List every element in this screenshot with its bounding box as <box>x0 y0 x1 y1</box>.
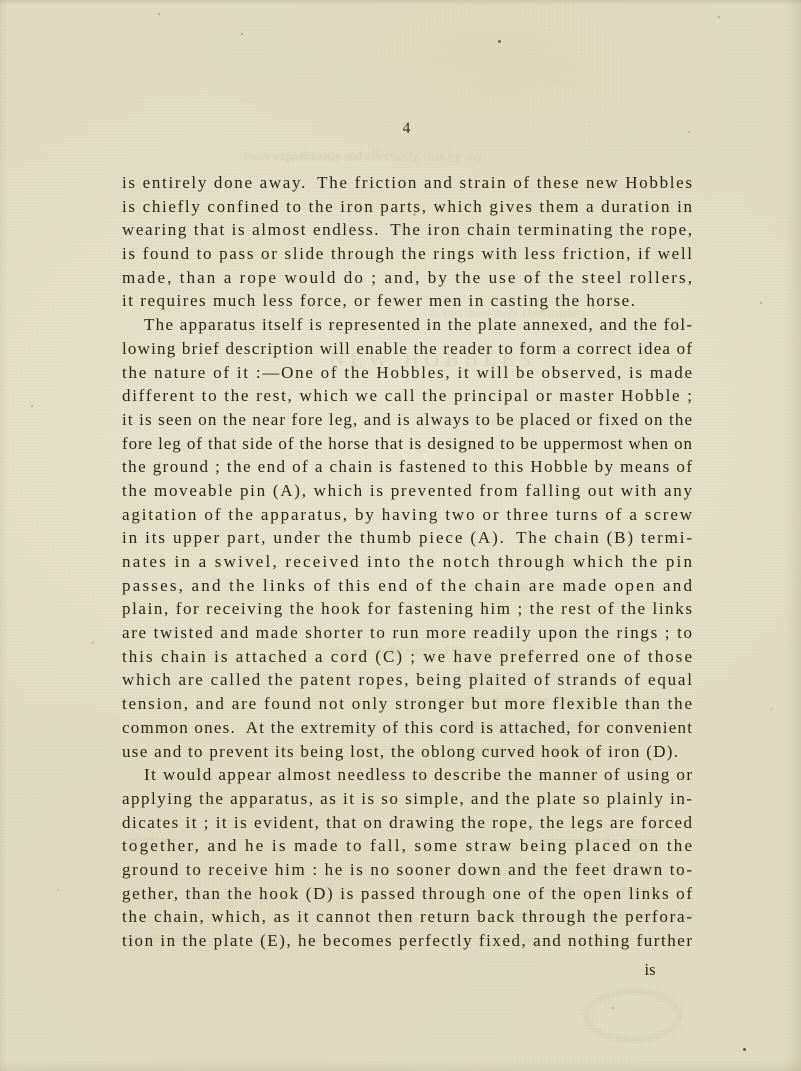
bleedthrough-text: more expeditiously and effectually, than… <box>245 149 575 164</box>
paper-speck <box>241 33 243 35</box>
text-line-text: together, and he is made to fall, some s… <box>122 836 692 855</box>
text-line-text: lowing brief description will enable the… <box>122 339 692 358</box>
text-line-text: tension, and are found not only stronger… <box>122 694 692 713</box>
text-line-text: it requires much less force, or fewer me… <box>122 291 635 310</box>
text-line: different to the rest, which we call the… <box>122 384 692 408</box>
paper-speck <box>770 708 772 710</box>
text-block: is entirely done away. The friction and … <box>122 171 692 953</box>
text-line-text: wearing that is almost endless. The iron… <box>122 220 692 239</box>
text-line-text: ground to receive him : he is no sooner … <box>122 860 692 879</box>
text-line-text: agitation of the apparatus, by having tw… <box>122 505 692 524</box>
text-line: is entirely done away. The friction and … <box>122 171 692 195</box>
paper-speck <box>57 889 59 891</box>
text-line: it requires much less force, or fewer me… <box>122 289 692 313</box>
text-line-text: tion in the plate (E), he becomes perfec… <box>122 931 692 950</box>
text-line-text: which are called the patent ropes, being… <box>122 670 692 689</box>
text-line-text: the chain, which, as it cannot then retu… <box>122 907 692 926</box>
text-line: are twisted and made shorter to run more… <box>122 621 692 645</box>
text-line: fore leg of that side of the horse that … <box>122 432 692 456</box>
text-line-text: dicates it ; it is evident, that on draw… <box>122 813 692 832</box>
text-line-text: the ground ; the end of a chain is faste… <box>122 457 692 476</box>
paragraph: It would appear almost needless to descr… <box>122 763 692 953</box>
text-line-text: it is seen on the near fore leg, and is … <box>122 410 692 429</box>
text-line: lowing brief description will enable the… <box>122 337 692 361</box>
paper-speck <box>92 642 94 644</box>
text-line: this chain is attached a cord (C) ; we h… <box>122 645 692 669</box>
paper-speck <box>158 13 160 15</box>
paper-stain <box>585 990 681 1041</box>
text-line-text: gether, than the hook (D) is passed thro… <box>122 884 692 903</box>
text-line-text: the moveable pin (A), which is prevented… <box>122 481 692 500</box>
text-line-text: the nature of it :—One of the Hobbles, i… <box>122 363 692 382</box>
text-line: It would appear almost needless to descr… <box>122 763 692 787</box>
text-line-text: is entirely done away. The friction and … <box>122 173 692 192</box>
text-line: applying the apparatus, as it is so simp… <box>122 787 692 811</box>
text-line: agitation of the apparatus, by having tw… <box>122 503 692 527</box>
text-line-text: use and to prevent its being lost, the o… <box>122 742 678 761</box>
text-line: use and to prevent its being lost, the o… <box>122 740 692 764</box>
text-line-text: plain, for receiving the hook for fasten… <box>122 599 692 618</box>
text-line-text: common ones. At the extremity of this co… <box>122 718 692 737</box>
text-line: plain, for receiving the hook for fasten… <box>122 597 692 621</box>
text-line: together, and he is made to fall, some s… <box>122 834 692 858</box>
text-line: it is seen on the near fore leg, and is … <box>122 408 692 432</box>
text-line: the nature of it :—One of the Hobbles, i… <box>122 361 692 385</box>
paper-speck <box>498 40 501 43</box>
text-line: dicates it ; it is evident, that on draw… <box>122 811 692 835</box>
text-line: common ones. At the extremity of this co… <box>122 716 692 740</box>
text-line: gether, than the hook (D) is passed thro… <box>122 882 692 906</box>
text-line: the ground ; the end of a chain is faste… <box>122 455 692 479</box>
text-line-text: different to the rest, which we call the… <box>122 386 692 405</box>
text-line: which are called the patent ropes, being… <box>122 668 692 692</box>
page-number: 4 <box>122 120 692 138</box>
paper-speck <box>743 1048 746 1051</box>
text-line-text: is found to pass or slide through the ri… <box>122 244 692 263</box>
text-line-text: are twisted and made shorter to run more… <box>122 623 692 642</box>
text-line-text: made, than a rope would do ; and, by the… <box>122 268 692 287</box>
text-line-text: The apparatus itself is represented in t… <box>144 315 692 334</box>
text-line: The apparatus itself is represented in t… <box>122 313 692 337</box>
text-line: made, than a rope would do ; and, by the… <box>122 266 692 290</box>
text-line-text: It would appear almost needless to descr… <box>144 765 692 784</box>
text-line-text: passes, and the links of this end of the… <box>122 576 692 595</box>
text-line-text: nates in a swivel, received into the not… <box>122 552 692 571</box>
text-line: in its upper part, under the thumb piece… <box>122 526 692 550</box>
text-line: passes, and the links of this end of the… <box>122 574 692 598</box>
paragraph: is entirely done away. The friction and … <box>122 171 692 313</box>
text-line: wearing that is almost endless. The iron… <box>122 218 692 242</box>
text-line-text: is chiefly confined to the iron parts, w… <box>122 197 692 216</box>
book-page-scan: more expeditiously and effectually, than… <box>0 0 801 1071</box>
catchword: is <box>620 960 680 980</box>
paper-speck <box>718 16 720 18</box>
text-line: is chiefly confined to the iron parts, w… <box>122 195 692 219</box>
text-line: tension, and are found not only stronger… <box>122 692 692 716</box>
text-line: ground to receive him : he is no sooner … <box>122 858 692 882</box>
text-line: is found to pass or slide through the ri… <box>122 242 692 266</box>
text-line: the chain, which, as it cannot then retu… <box>122 905 692 929</box>
text-line: nates in a swivel, received into the not… <box>122 550 692 574</box>
text-line: the moveable pin (A), which is prevented… <box>122 479 692 503</box>
text-line-text: in its upper part, under the thumb piece… <box>122 528 692 547</box>
text-line-text: fore leg of that side of the horse that … <box>122 434 692 453</box>
text-line-text: this chain is attached a cord (C) ; we h… <box>122 647 692 666</box>
paper-speck <box>31 405 33 407</box>
paragraph: The apparatus itself is represented in t… <box>122 313 692 763</box>
text-line: tion in the plate (E), he becomes perfec… <box>122 929 692 953</box>
text-line-text: applying the apparatus, as it is so simp… <box>122 789 692 808</box>
paper-speck <box>760 302 762 304</box>
paper-speck <box>612 1007 614 1009</box>
